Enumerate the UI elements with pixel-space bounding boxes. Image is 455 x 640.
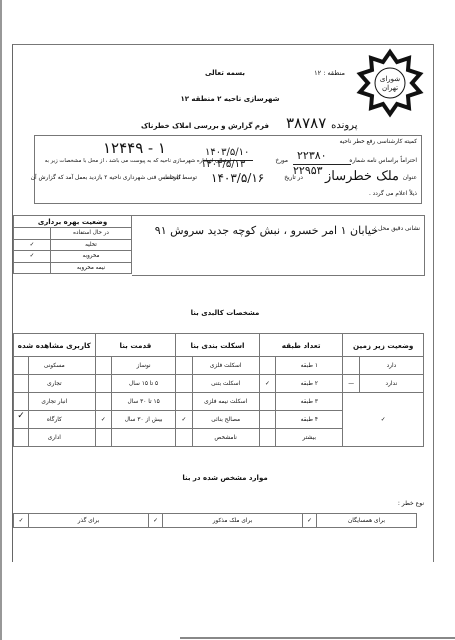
scan-edge: [0, 0, 2, 640]
risk-option: برای ملک مذکور: [163, 514, 303, 528]
floors-option: ۱ طبقه: [276, 357, 343, 375]
dated-label: مورخ: [275, 158, 288, 164]
region-label: منطقه : ۱۲: [300, 69, 345, 77]
risk-checkbox[interactable]: ✓: [149, 514, 163, 528]
file-number: ۳۸۷۸۷: [286, 114, 326, 132]
usage-option-label: تجاری: [47, 381, 61, 387]
risk-checkbox[interactable]: ✓: [14, 514, 29, 528]
address-value: خیابان ۱ امر خسرو ، نبش کوچه جدید سروش ۹…: [155, 224, 378, 237]
risk-section-title: موارد مشخص شده در بنا: [140, 474, 310, 482]
visit-date: ۱۴۰۳/۵/۱۶: [211, 171, 264, 185]
committee-label: کمیته کارشناسی رفع خطر ناحیه: [340, 139, 418, 145]
age-checkbox[interactable]: [95, 375, 111, 393]
age-option: بیش از ۳۰ سال: [111, 411, 175, 429]
usage-option: اداری: [14, 429, 96, 447]
intro-line-1-mid: ارسالی از اداره شهرسازی ناحیه که به پیوس…: [45, 158, 231, 164]
frame-checkbox[interactable]: [176, 393, 192, 411]
basement-option: ندارد: [359, 375, 423, 393]
header-frame: اسکلت بندی بنا: [176, 334, 260, 357]
age-option: ۱۵ تا ۳۰ سال: [111, 393, 175, 411]
floors-checkbox[interactable]: [259, 429, 275, 447]
usage-status-checkbox[interactable]: ✓: [14, 251, 51, 263]
usage-option-label: کارگاه: [47, 417, 62, 423]
header-usage: کاربری مشاهده شده: [14, 334, 96, 357]
frame-option: نامشخص: [192, 429, 259, 447]
floors-option: بیشتر: [276, 429, 343, 447]
floors-option: ۳ طبقه: [276, 393, 343, 411]
usage-status-label: تخلیه: [51, 239, 132, 251]
frame-checkbox[interactable]: [176, 429, 192, 447]
table-row: نیمه مخروبه: [14, 262, 132, 274]
intro-line-3: ذیلاً اعلام می گردد .: [369, 191, 417, 197]
frame-checkbox[interactable]: [176, 375, 192, 393]
usage-checkbox[interactable]: ✓: [14, 411, 29, 428]
frame-option: اسکلت فلزی: [192, 357, 259, 375]
usage-checkbox[interactable]: [14, 357, 29, 374]
age-option: نوساز: [111, 357, 175, 375]
usage-status-label: در حال استفاده: [51, 228, 132, 240]
frame-checkbox[interactable]: ✓: [176, 411, 192, 429]
form-title: فرم گزارش و بررسی املاک خطرناک: [120, 122, 290, 130]
floors-checkbox[interactable]: [259, 411, 275, 429]
table-row: دارد ۱ طبقه اسکلت فلزی نوساز مسکونی: [14, 357, 424, 375]
office-heading: شهرسازی ناحیه ۲ منطقه ۱۲: [140, 95, 320, 103]
table-row: در حال استفاده: [14, 228, 132, 240]
table-row: برای همسایگان ✓ برای ملک مذکور ✓ برای گذ…: [14, 514, 417, 528]
svg-text:تهران: تهران: [382, 84, 398, 92]
usage-option: کارگاه ✓: [14, 411, 96, 429]
usage-option: مسکونی: [14, 357, 96, 375]
handwritten-reference: ۱۲۴۴۹ - ۱: [103, 139, 166, 157]
floors-checkbox[interactable]: [259, 393, 275, 411]
table-row: ندارد — ۲ طبقه ✓ اسکلت بتنی ۵ تا ۱۵ سال …: [14, 375, 424, 393]
table-row: مخروبه ✓: [14, 251, 132, 263]
risk-type-label: نوع خطر :: [398, 500, 424, 507]
usage-checkbox[interactable]: [14, 393, 29, 410]
handwritten-title: ملک خطرساز: [325, 169, 399, 184]
intro-line-2-suffix: کارشناس فنی شهرداری ناحیه ۲ بازدید بعمل …: [31, 175, 181, 181]
age-checkbox[interactable]: [95, 429, 111, 447]
age-option: [111, 429, 175, 447]
header-basement: وضعیت زیر زمین: [343, 334, 424, 357]
age-checkbox[interactable]: [95, 357, 111, 375]
date-top: ۱۴۰۳/۵/۱۰: [205, 147, 249, 158]
scan-edge: [180, 637, 455, 639]
usage-option-label: مسکونی: [44, 363, 65, 369]
usage-option: تجاری: [14, 375, 96, 393]
risk-option: برای همسایگان: [317, 514, 417, 528]
intro-box: کمیته کارشناسی رفع خطر ناحیه ۱۲۴۴۹ - ۱ ا…: [34, 135, 422, 204]
handwritten-file-number: پرونده ۳۸۷۸۷: [286, 114, 357, 132]
frame-option: مصالح بنائی: [192, 411, 259, 429]
usage-option: انبار تجاری: [14, 393, 96, 411]
address-label: نشانی دقیق محل :: [374, 226, 420, 232]
spec-section-title: مشخصات کالبدی بنا: [150, 309, 300, 317]
risk-checkbox[interactable]: ✓: [303, 514, 317, 528]
basement-option: دارد: [359, 357, 423, 375]
frame-checkbox[interactable]: [176, 357, 192, 375]
usage-status-label: نیمه مخروبه: [51, 262, 132, 274]
age-checkbox[interactable]: ✓: [95, 411, 111, 429]
intro-line-2-prefix: عنوان: [403, 175, 417, 181]
usage-status-title: وضعیت بهره برداری: [14, 216, 132, 228]
header-floors: تعداد طبقه: [259, 334, 343, 357]
floors-checkbox[interactable]: ✓: [259, 375, 275, 393]
letter-number-top: ۲۲۳۸۰: [297, 149, 327, 162]
table-row: تخلیه ✓: [14, 239, 132, 251]
basmala-heading: بسمه تعالی: [180, 69, 270, 77]
basement-extra-mark: ✓: [343, 393, 424, 447]
basement-checkbox[interactable]: [343, 357, 359, 375]
usage-status-checkbox[interactable]: [14, 228, 51, 240]
usage-status-checkbox[interactable]: ✓: [14, 239, 51, 251]
intro-line-1-prefix: احتراماً براساس نامه شماره: [349, 158, 417, 164]
age-option: ۵ تا ۱۵ سال: [111, 375, 175, 393]
risk-option: برای گذر: [29, 514, 149, 528]
header-age: قدمت بنا: [95, 334, 176, 357]
svg-text:شورای: شورای: [380, 75, 400, 83]
usage-status-checkbox[interactable]: [14, 262, 51, 274]
usage-status-label: مخروبه: [51, 251, 132, 263]
frame-option: اسکلت نیمه فلزی: [192, 393, 259, 411]
file-label: پرونده: [331, 120, 357, 131]
frame-option: اسکلت بتنی: [192, 375, 259, 393]
tehran-council-logo-icon: شورای تهران: [355, 48, 425, 118]
usage-checkbox[interactable]: [14, 429, 29, 446]
date-label: در تاریخ: [284, 175, 303, 181]
physical-spec-table: وضعیت زیر زمین تعداد طبقه اسکلت بندی بنا…: [13, 333, 424, 447]
age-checkbox[interactable]: [95, 393, 111, 411]
address-box: نشانی دقیق محل : خیابان ۱ امر خسرو ، نبش…: [132, 215, 425, 276]
floors-option: ۴ طبقه: [276, 411, 343, 429]
risk-type-table: برای همسایگان ✓ برای ملک مذکور ✓ برای گذ…: [13, 513, 417, 528]
floors-checkbox[interactable]: [259, 357, 275, 375]
usage-status-table: وضعیت بهره برداری در حال استفاده تخلیه ✓…: [13, 215, 132, 274]
table-row: ✓ ۳ طبقه اسکلت نیمه فلزی ۱۵ تا ۳۰ سال ان…: [14, 393, 424, 411]
usage-option-label: اداری: [48, 435, 61, 441]
usage-option-label: انبار تجاری: [41, 399, 67, 405]
floors-option: ۲ طبقه: [276, 375, 343, 393]
basement-checkbox[interactable]: —: [343, 375, 359, 393]
usage-checkbox[interactable]: [14, 375, 29, 392]
